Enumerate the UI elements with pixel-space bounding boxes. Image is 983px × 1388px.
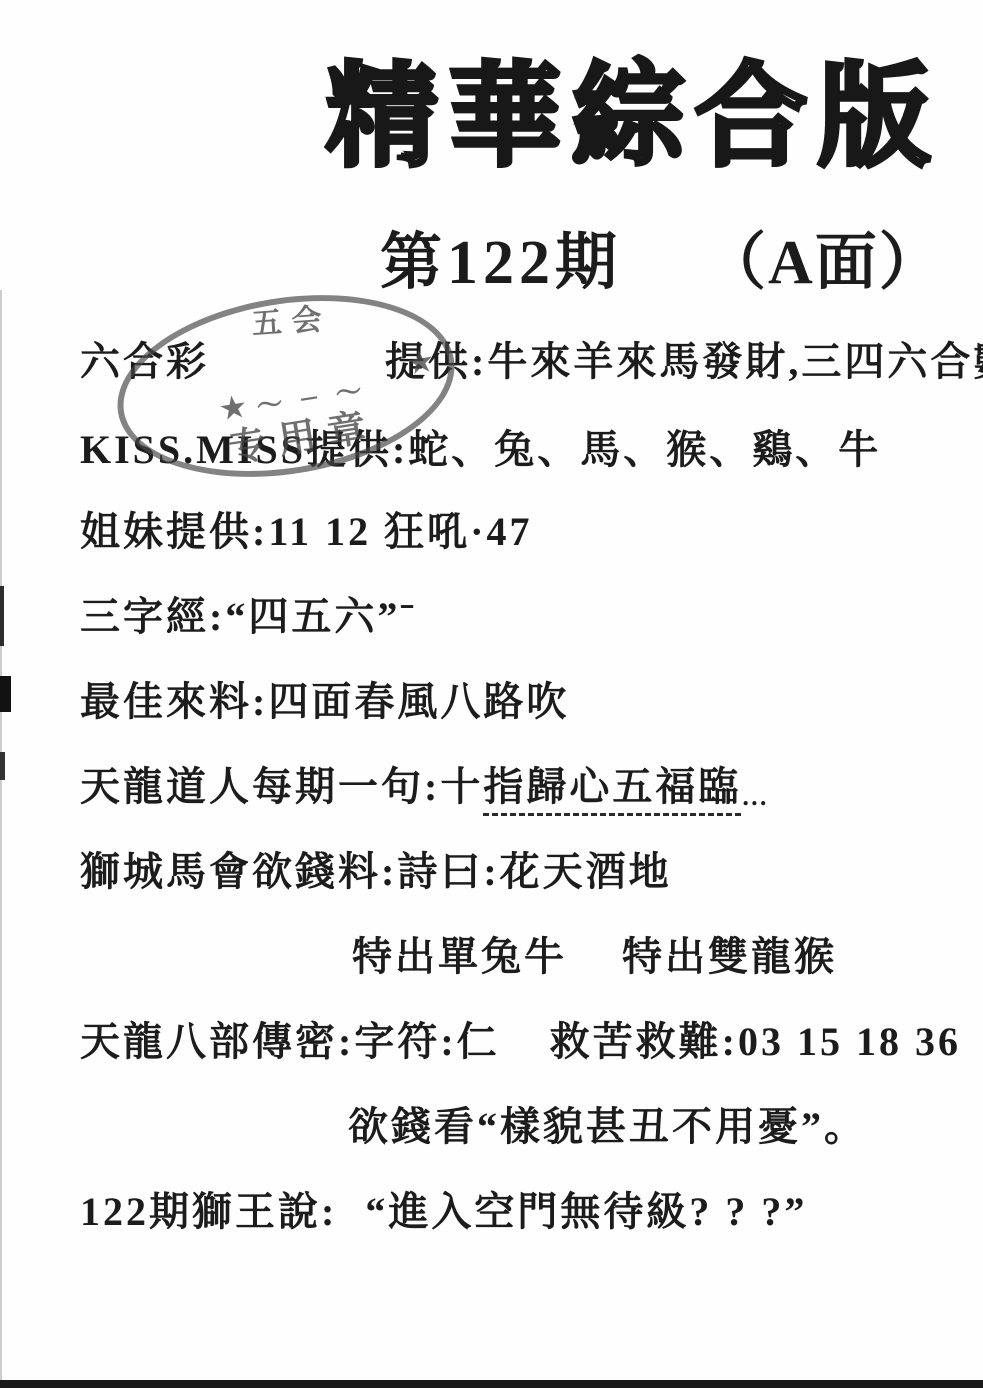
scanned-lottery-tip-sheet: 精華綜合版 第122期 （A面） 六合彩提供:牛來羊來馬發財,三四六合數 KIS… bbox=[0, 0, 983, 1388]
tip-tianlong-underlined: 指歸心五福臨 bbox=[483, 764, 741, 816]
tip-liuhecai-rest: 提供:牛來羊來馬發財,三四六合數 bbox=[385, 339, 983, 384]
tip-liuhecai: 六合彩提供:牛來羊來馬發財,三四六合數 bbox=[80, 330, 983, 387]
tip-special-pair: 特出單兔牛特出雙龍猴 bbox=[352, 925, 837, 982]
tip-tianlong-babu-label: 天龍八部傳密:字符:仁 bbox=[80, 1019, 500, 1064]
issue-row: 第122期 （A面） bbox=[380, 212, 943, 301]
scan-artifact-mark bbox=[0, 676, 11, 712]
scan-artifact-bottom-edge bbox=[0, 1380, 983, 1388]
tip-jiuku-jiunan: 救苦救難:03 15 18 36 bbox=[550, 1019, 961, 1064]
tip-tianlong-trail: … bbox=[741, 782, 769, 811]
tip-special-double: 特出雙龍猴 bbox=[622, 934, 837, 979]
tip-special-single: 特出單兔牛 bbox=[352, 934, 567, 979]
tip-tianlong-prefix: 天龍道人每期一句:十 bbox=[80, 764, 483, 809]
tip-tianlong-daoist: 天龍道人每期一句:十指歸心五福臨… bbox=[80, 755, 769, 812]
tip-lion-king-label: 122期獅王說: bbox=[80, 1189, 337, 1234]
tip-lion-city: 獅城馬會欲錢料:詩曰:花天酒地 bbox=[80, 840, 672, 897]
tip-tianlong-babu: 天龍八部傳密:字符:仁救苦救難:03 15 18 36 bbox=[80, 1010, 961, 1067]
scan-artifact-mark bbox=[0, 752, 5, 780]
issue-number: 第122期 bbox=[380, 212, 622, 301]
tip-kiss-miss: KISS.MISS提供:蛇、兔、馬、猴、鷄、牛 bbox=[80, 418, 881, 475]
scan-artifact-mark bbox=[0, 586, 4, 646]
tip-sisters: 姐妹提供:11 12 狂吼·47 bbox=[80, 500, 532, 557]
tip-lion-king: 122期獅王說:“進入空門無待級? ? ?” bbox=[80, 1180, 807, 1237]
issue-side-label: （A面） bbox=[704, 212, 943, 301]
tip-money-verse: 欲錢看“樣貌甚丑不用憂”。 bbox=[348, 1095, 867, 1152]
masthead-title: 精華綜合版 bbox=[326, 50, 941, 184]
tip-liuhecai-prefix: 六合彩 bbox=[80, 339, 209, 384]
tip-three-char-classic: 三字經:“四五六”ˉ bbox=[80, 585, 417, 642]
tip-best-material: 最佳來料:四面春風八路吹 bbox=[80, 670, 569, 727]
tip-lion-king-quote: “進入空門無待級? ? ?” bbox=[365, 1189, 807, 1234]
scan-artifact-left-edge bbox=[0, 290, 2, 1380]
